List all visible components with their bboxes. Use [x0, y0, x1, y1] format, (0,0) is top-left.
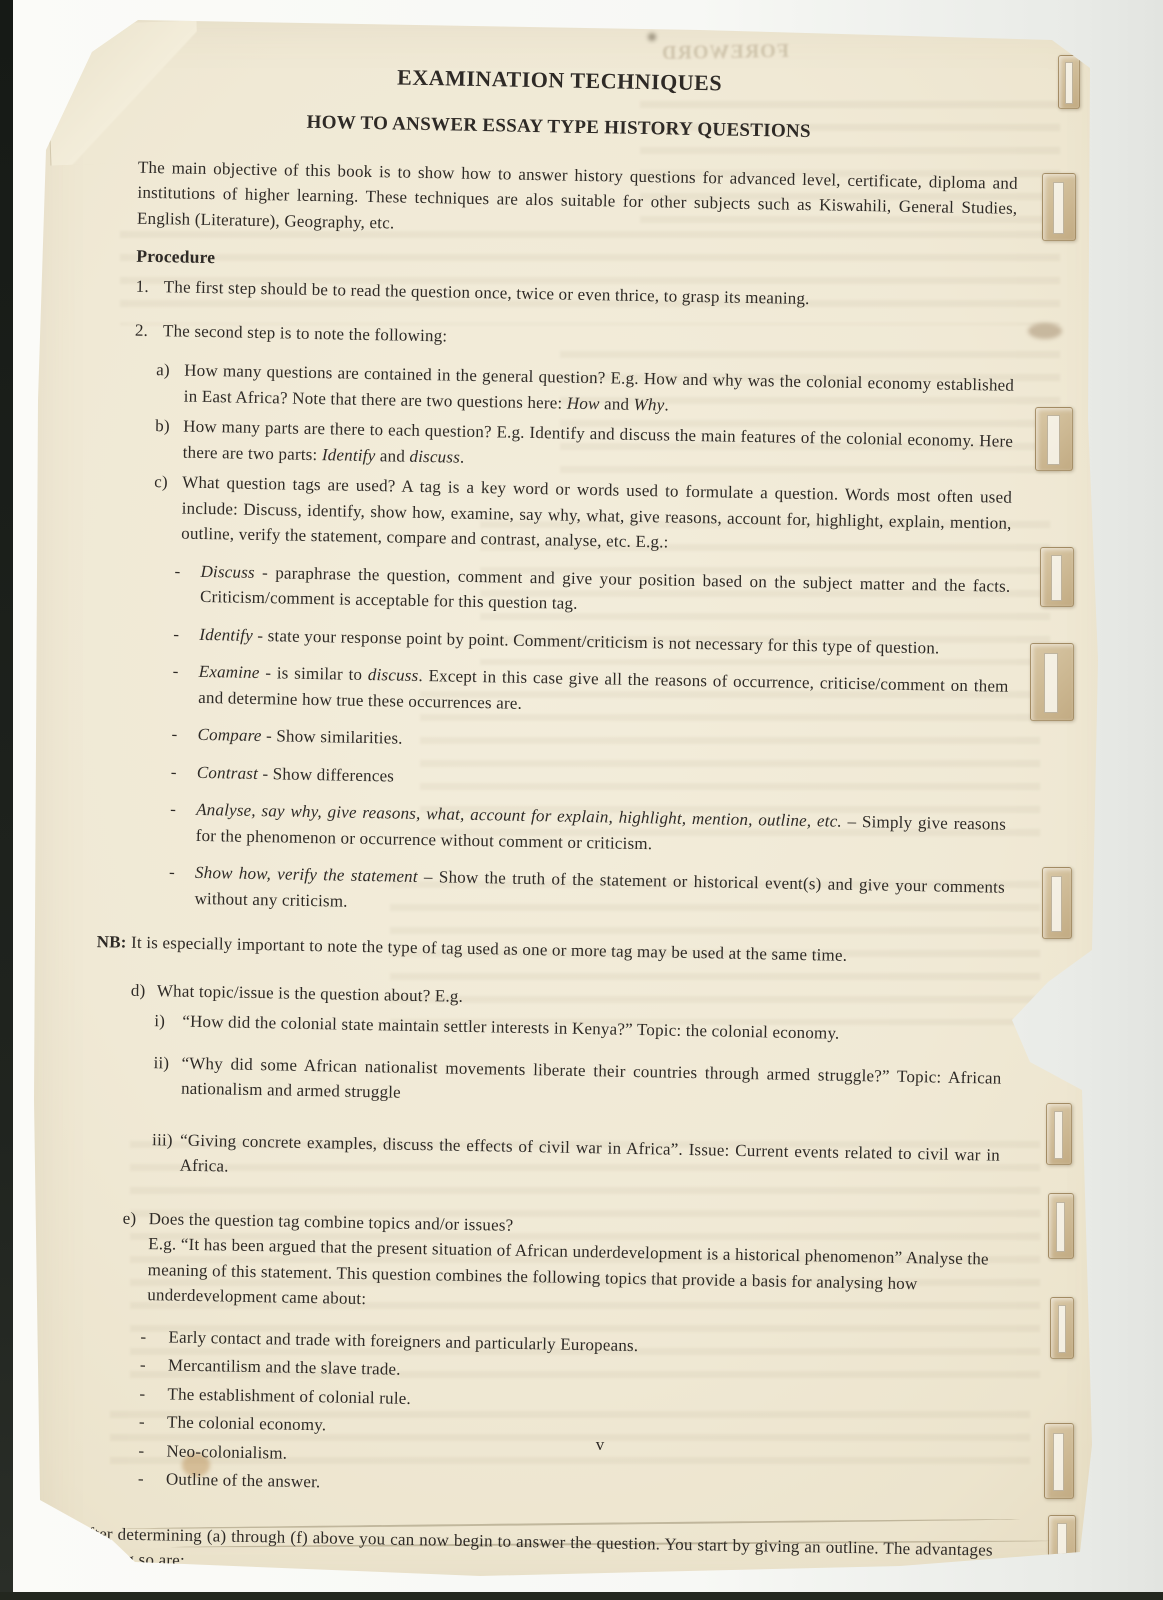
- bullet-dash: -: [139, 1381, 167, 1407]
- binding-tab: [1058, 55, 1080, 109]
- nb-note: NB: It is especially important to note t…: [84, 929, 1004, 971]
- item-label: iii): [151, 1127, 180, 1179]
- bullet-dash: -: [138, 1466, 166, 1492]
- binding-tab: [1030, 643, 1074, 721]
- tag-definition: - state your response point by point. Co…: [253, 626, 940, 658]
- item-label: d): [131, 977, 157, 1003]
- tag-term: Examine: [199, 662, 260, 682]
- item-text-part: .: [460, 447, 465, 466]
- binding-tab: [1044, 1423, 1074, 1499]
- page-title: EXAMINATION TECHNIQUES: [99, 55, 1019, 105]
- tag-term: Analyse, say why, give reasons, what, ac…: [196, 800, 842, 831]
- step-text: The first step should be to read the que…: [164, 274, 810, 311]
- list-item-c: c) What question tags are used? A tag is…: [91, 468, 1012, 561]
- tag-text: Analyse, say why, give reasons, what, ac…: [195, 797, 1006, 863]
- bullet-dash: -: [168, 860, 195, 911]
- item-text-line: E.g. “It has been argued that the presen…: [147, 1234, 989, 1308]
- tag-term: discuss: [368, 665, 419, 685]
- binding-tab: [1042, 867, 1072, 939]
- item-text-part: .: [664, 395, 669, 414]
- tag-text: Compare - Show similarities.: [197, 722, 1007, 762]
- item-text-italic: discuss: [409, 446, 460, 466]
- topic-text: The establishment of colonial rule.: [167, 1381, 411, 1411]
- tag-text: Contrast - Show differences: [197, 760, 1007, 800]
- binding-tab: [1048, 1193, 1074, 1259]
- tag-bullet-show-how: - Show how, verify the statement – Show …: [84, 858, 1005, 926]
- bullet-dash: -: [140, 1352, 168, 1378]
- topic-text: Mercantilism and the slave trade.: [168, 1353, 401, 1383]
- binding-tab: [1050, 1297, 1074, 1359]
- tag-text: Identify - state your response point by …: [199, 622, 1009, 662]
- nb-label: NB:: [97, 932, 127, 952]
- tag-definition: - Show differences: [258, 764, 394, 785]
- closing-paragraph: After determining (a) through (f) above …: [72, 1521, 993, 1589]
- tag-term: Compare: [197, 725, 261, 745]
- tag-term: Show how, verify the statement: [195, 863, 418, 886]
- binding-tab: [1042, 173, 1076, 241]
- item-text: How many parts are there to each questio…: [183, 414, 1014, 480]
- bullet-dash: -: [174, 558, 201, 609]
- item-label: ii): [153, 1050, 182, 1102]
- item-text: What question tags are used? A tag is a …: [181, 470, 1012, 562]
- binding-tab: [1048, 1515, 1076, 1573]
- sub-item-iii: iii) “Giving concrete examples, discuss …: [79, 1126, 1000, 1194]
- tag-definition: - is similar to: [259, 663, 368, 684]
- item-text-italic: Identify: [322, 445, 376, 465]
- procedure-step-2: 2. The second step is to note the follow…: [95, 317, 1015, 359]
- stain: [1028, 323, 1062, 339]
- tag-bullet-compare: - Compare - Show similarities.: [87, 720, 1007, 762]
- bullet-dash: -: [171, 722, 197, 748]
- item-text: “Why did some African nationalist moveme…: [181, 1050, 1002, 1116]
- tag-bullet-identify: - Identify - state your response point b…: [89, 620, 1009, 662]
- binding-tab: [1046, 1103, 1072, 1165]
- item-label: i): [154, 1008, 182, 1034]
- tag-bullet-discuss: - Discuss - paraphrase the question, com…: [90, 557, 1011, 625]
- tag-text: Examine - is similar to discuss. Except …: [198, 659, 1009, 725]
- item-text: What topic/issue is the question about? …: [157, 978, 464, 1009]
- binding-tab: [1035, 407, 1073, 471]
- bullet-dash: -: [139, 1409, 167, 1435]
- tag-bullet-analyse: - Analyse, say why, give reasons, what, …: [86, 795, 1007, 863]
- item-text-italic: How: [567, 393, 600, 413]
- sub-item-ii: ii) “Why did some African nationalist mo…: [81, 1049, 1002, 1117]
- item-text-line: Does the question tag combine topics and…: [149, 1209, 514, 1235]
- tag-bullet-examine: - Examine - is similar to discuss. Excep…: [88, 657, 1009, 725]
- tag-term: Identify: [199, 625, 253, 645]
- topic-text: The colonial economy.: [167, 1410, 327, 1438]
- tag-term: Discuss: [200, 562, 255, 582]
- step-text: The second step is to note the following…: [163, 318, 448, 349]
- item-text: Does the question tag combine topics and…: [147, 1206, 999, 1324]
- bullet-dash: -: [172, 659, 199, 710]
- topic-text: Neo-colonialism.: [166, 1438, 287, 1466]
- item-label: c): [153, 469, 182, 546]
- bullet-dash: -: [140, 1324, 168, 1350]
- tag-definition: - paraphrase the question, comment and g…: [200, 563, 1011, 613]
- bullet-dash: -: [138, 1438, 166, 1464]
- item-label: a): [156, 357, 185, 409]
- item-text: How many questions are contained in the …: [184, 358, 1015, 424]
- page-number: v: [570, 1435, 630, 1455]
- page-subtitle: HOW TO ANSWER ESSAY TYPE HISTORY QUESTIO…: [99, 105, 1019, 150]
- page-content: EXAMINATION TECHNIQUES HOW TO ANSWER ESS…: [72, 55, 1020, 1600]
- step-number: 2.: [135, 317, 163, 343]
- tag-bullet-contrast: - Contrast - Show differences: [87, 758, 1007, 800]
- stain: [648, 33, 656, 41]
- bleedthrough-title: FOREWORD: [615, 39, 835, 66]
- bullet-dash: -: [173, 621, 199, 647]
- step-number: 1.: [136, 274, 164, 300]
- scanner-edge-left: [0, 0, 13, 1600]
- list-item-e: e) Does the question tag combine topics …: [77, 1205, 999, 1324]
- tag-text: Show how, verify the statement – Show th…: [194, 860, 1005, 926]
- item-label: e): [121, 1205, 149, 1307]
- item-text-part: and: [375, 446, 409, 466]
- item-text-part: and: [599, 394, 633, 414]
- item-text-part: How many parts are there to each questio…: [183, 417, 1014, 464]
- intro-paragraph: The main objective of this book is to sh…: [97, 153, 1018, 246]
- scanner-edge-bottom: [0, 1592, 1163, 1600]
- bullet-dash: -: [171, 759, 197, 785]
- nb-text: It is especially important to note the t…: [126, 933, 847, 965]
- tag-term: Contrast: [197, 763, 258, 783]
- topic-text: Outline of the answer.: [166, 1467, 321, 1495]
- tag-text: Discuss - paraphrase the question, comme…: [200, 559, 1011, 625]
- bullet-dash: -: [169, 797, 196, 848]
- book-page: FOREWORD EXAMINATION TECHNIQUES HOW TO: [30, 15, 1120, 1593]
- item-label: b): [155, 413, 184, 465]
- binding-tab: [1040, 547, 1074, 607]
- tag-definition: - Show similarities.: [261, 726, 402, 748]
- topics-list: -Early contact and trade with foreigners…: [74, 1323, 997, 1508]
- item-text-italic: Why: [633, 395, 664, 415]
- scanned-page-container: FOREWORD EXAMINATION TECHNIQUES HOW TO: [0, 0, 1163, 1600]
- item-text: “Giving concrete examples, discuss the e…: [179, 1127, 1000, 1193]
